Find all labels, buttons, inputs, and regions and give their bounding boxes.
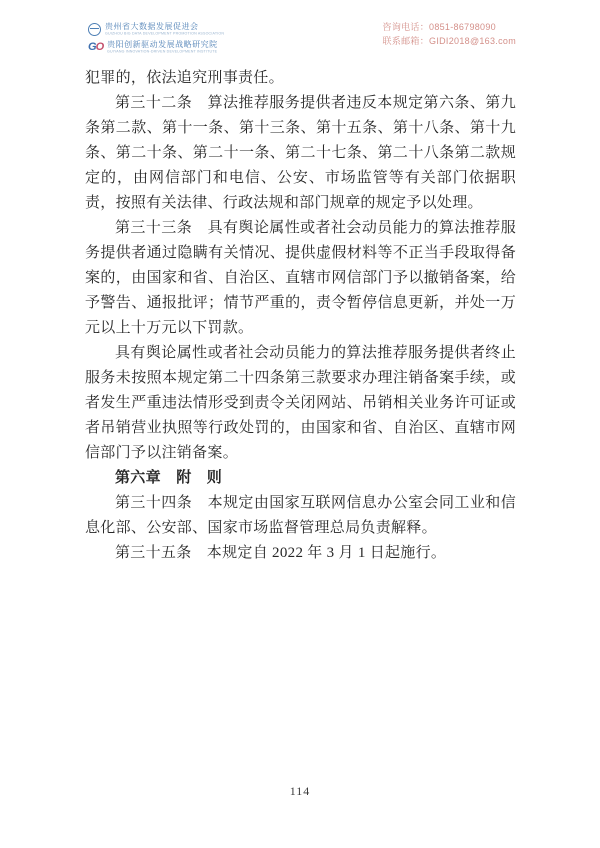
chapter-heading: 第六章 附 则 bbox=[85, 466, 516, 491]
page-number: 114 bbox=[290, 784, 311, 798]
association-emblem-icon bbox=[88, 23, 101, 36]
body-paragraph: 犯罪的，依法追究刑事责任。 bbox=[85, 66, 516, 91]
institute-logo-text: 贵阳创新驱动发展战略研究院 GUIYANG INNOVATION-DRIVEN … bbox=[107, 40, 229, 54]
association-logo-text: 贵州省大数据发展促进会 GUIZHOU BIG DATA DEVELOPMENT… bbox=[105, 22, 237, 36]
institute-logo: GO 贵阳创新驱动发展战略研究院 GUIYANG INNOVATION-DRIV… bbox=[88, 40, 237, 54]
body-paragraph-article-35: 第三十五条 本规定自 2022 年 3 月 1 日起施行。 bbox=[85, 541, 516, 566]
association-name: 贵州省大数据发展促进会 bbox=[105, 22, 237, 31]
institute-name: 贵阳创新驱动发展战略研究院 bbox=[107, 40, 229, 49]
association-subtitle: GUIZHOU BIG DATA DEVELOPMENT PROMOTION A… bbox=[105, 31, 224, 36]
document-body: 犯罪的，依法追究刑事责任。 第三十二条 算法推荐服务提供者违反本规定第六条、第九… bbox=[85, 66, 516, 566]
page-header: 贵州省大数据发展促进会 GUIZHOU BIG DATA DEVELOPMENT… bbox=[88, 22, 516, 54]
body-paragraph: 具有舆论属性或者社会动员能力的算法推荐服务提供者终止服务未按照本规定第二十四条第… bbox=[85, 341, 516, 466]
contact-email: 联系邮箱：GIDI2018@163.com bbox=[383, 36, 516, 47]
institute-subtitle: GUIYANG INNOVATION-DRIVEN DEVELOPMENT IN… bbox=[107, 49, 217, 54]
logo-column: 贵州省大数据发展促进会 GUIZHOU BIG DATA DEVELOPMENT… bbox=[88, 22, 237, 54]
document-page: 贵州省大数据发展促进会 GUIZHOU BIG DATA DEVELOPMENT… bbox=[0, 0, 600, 848]
body-paragraph-article-32: 第三十二条 算法推荐服务提供者违反本规定第六条、第九条第二款、第十一条、第十三条… bbox=[85, 91, 516, 216]
body-paragraph-article-33: 第三十三条 具有舆论属性或者社会动员能力的算法推荐服务提供者通过隐瞒有关情况、提… bbox=[85, 216, 516, 341]
page-footer: 114 bbox=[0, 782, 600, 800]
body-paragraph-article-34: 第三十四条 本规定由国家互联网信息办公室会同工业和信息化部、公安部、国家市场监督… bbox=[85, 491, 516, 541]
institute-mark-icon: GO bbox=[88, 41, 103, 54]
association-logo: 贵州省大数据发展促进会 GUIZHOU BIG DATA DEVELOPMENT… bbox=[88, 22, 237, 36]
contact-info: 咨询电话：0851-86798090 联系邮箱：GIDI2018@163.com bbox=[383, 22, 516, 47]
contact-phone: 咨询电话：0851-86798090 bbox=[383, 22, 516, 33]
